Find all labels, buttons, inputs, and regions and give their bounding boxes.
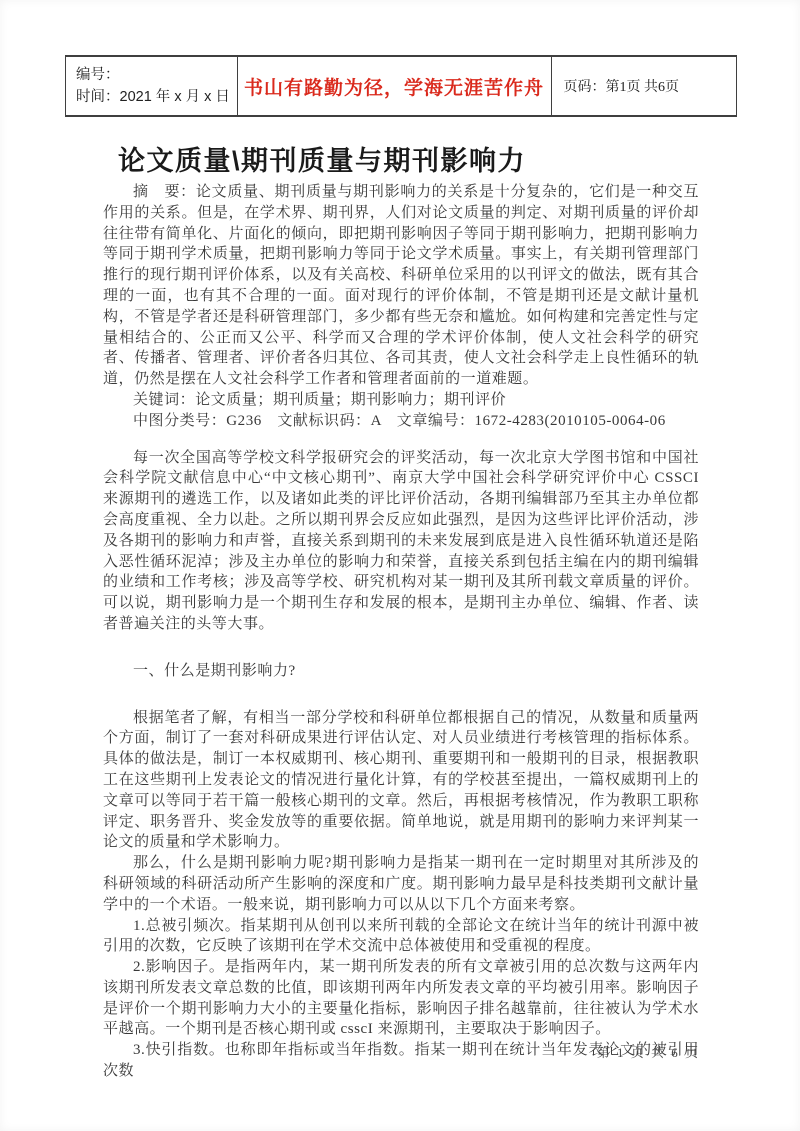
header-number-label: 编号：	[76, 64, 237, 86]
header-slogan-text: 书山有路勤为径，学海无涯苦作舟	[244, 73, 544, 100]
header-page-info-text: 页码：第1页 共6页	[564, 76, 736, 96]
header-meta-cell: 编号： 时间：2021 年 x 月 x 日	[66, 57, 238, 115]
section-heading-1: 一、什么是期刊影响力?	[103, 635, 699, 708]
intro-paragraph: 每一次全国高等学校文科学报研究会的评奖活动，每一次北京大学图书馆和中国社会科学院…	[103, 448, 699, 635]
document-content: 摘 要：论文质量、期刊质量与期刊影响力的关系是十分复杂的，它们是一种交互作用的关…	[103, 182, 699, 1082]
header-date-label: 时间：2021 年 x 月 x 日	[76, 86, 237, 108]
body-paragraph: 2.影响因子。是指两年内，某一期刊所发表的所有文章被引用的总次数与这两年内该期刊…	[103, 957, 699, 1040]
header-page-info-cell: 页码：第1页 共6页	[552, 57, 736, 115]
body-paragraph: 1.总被引频次。指某期刊从创刊以来所刊载的全部论文在统计当年的统计刊源中被引用的…	[103, 916, 699, 958]
header-table: 编号： 时间：2021 年 x 月 x 日 书山有路勤为径，学海无涯苦作舟 页码…	[65, 55, 737, 117]
keywords-line: 关键词：论文质量；期刊质量；期刊影响力；期刊评价	[103, 390, 699, 411]
page-footer: 第 1 页 共 6 页	[597, 1042, 700, 1061]
header-slogan-cell: 书山有路勤为径，学海无涯苦作舟	[238, 57, 552, 115]
document-page: 编号： 时间：2021 年 x 月 x 日 书山有路勤为径，学海无涯苦作舟 页码…	[0, 0, 800, 1131]
body-paragraph: 根据笔者了解，有相当一部分学校和科研单位都根据自己的情况，从数量和质量两个方面，…	[103, 708, 699, 854]
document-title: 论文质量\期刊质量与期刊影响力	[118, 145, 800, 177]
classification-line: 中图分类号：G236 文献标识码：A 文章编号：1672-4283(201010…	[103, 411, 699, 432]
body-paragraph: 那么，什么是期刊影响力呢?期刊影响力是指某一期刊在一定时期里对其所涉及的科研领域…	[103, 853, 699, 915]
abstract-paragraph: 摘 要：论文质量、期刊质量与期刊影响力的关系是十分复杂的，它们是一种交互作用的关…	[103, 182, 699, 390]
